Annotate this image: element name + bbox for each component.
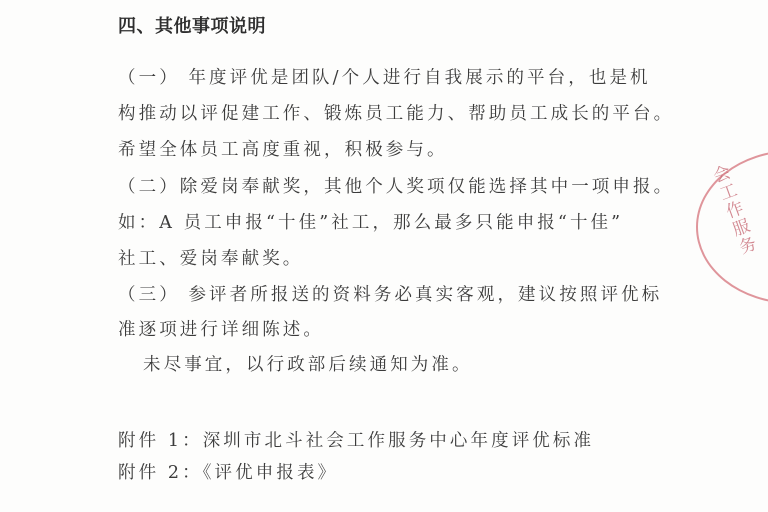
paragraph-1-line-1: （一） 年度评优是团队/个人进行自我展示的平台，也是机 <box>118 64 651 89</box>
section-heading: 四、其他事项说明 <box>118 12 266 38</box>
paragraph-3-line-1: （三） 参评者所报送的资料务必真实客观，建议按照评优标 <box>118 281 662 306</box>
paragraph-2-line-2: 如：A 员工申报“十佳”社工，那么最多只能申报“十佳” <box>118 209 623 234</box>
closing-note: 未尽事宜，以行政部后续通知为准。 <box>143 351 473 376</box>
paragraph-3-line-2: 准逐项进行详细陈述。 <box>118 316 324 341</box>
paragraph-1-line-3: 希望全体员工高度重视，积极参与。 <box>118 136 448 161</box>
attachment-1: 附件 1：深圳市北斗社会工作服务中心年度评优标准 <box>118 427 594 452</box>
attachment-2: 附件 2：《评优申报表》 <box>118 459 338 484</box>
paragraph-2-line-1: （二）除爱岗奉献奖，其他个人奖项仅能选择其中一项申报。 <box>118 173 674 198</box>
paragraph-1-line-2: 构推动以评促建工作、锻炼员工能力、帮助员工成长的平台。 <box>118 100 674 125</box>
document-page: 四、其他事项说明 （一） 年度评优是团队/个人进行自我展示的平台，也是机 构推动… <box>0 0 768 512</box>
paragraph-2-line-3: 社工、爱岗奉献奖。 <box>118 245 303 270</box>
